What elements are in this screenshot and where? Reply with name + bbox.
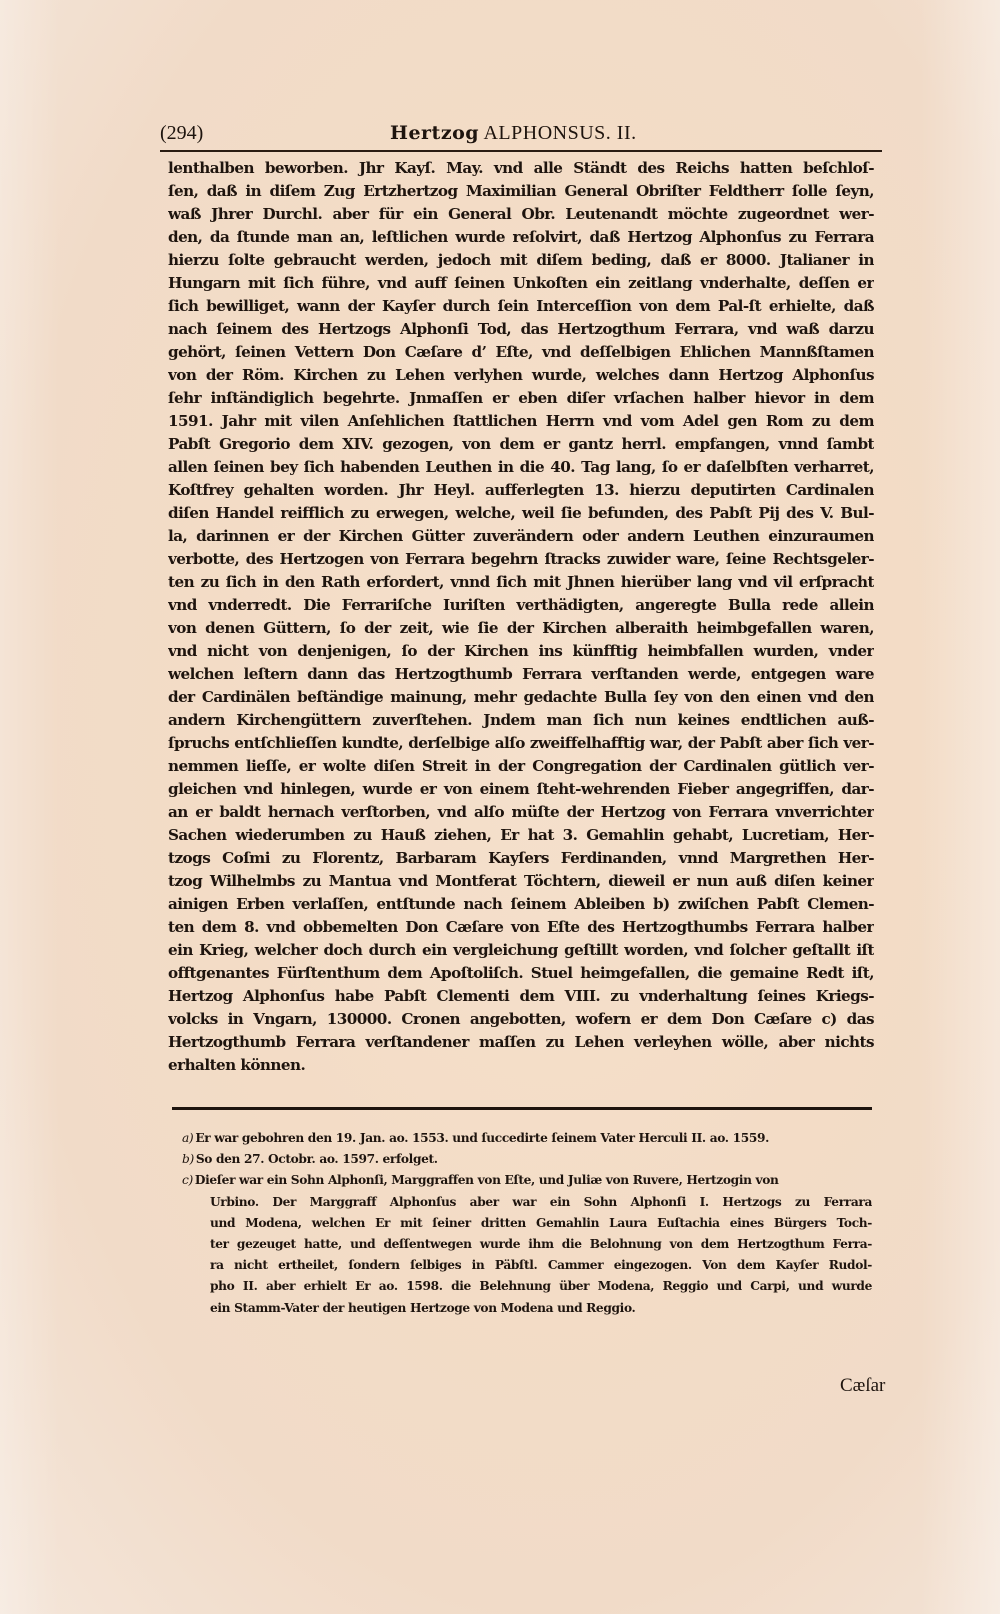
footnote-line: ter gezeuget hatte, und deſſentwegen wur… (182, 1234, 872, 1255)
text-line: von der Röm. Kirchen zu Lehen verlyhen w… (168, 364, 874, 387)
text-line: erhalten können. (168, 1054, 874, 1077)
text-line: Hertzogthumb Ferrara verſtandener maſſen… (168, 1031, 874, 1054)
footnote-text: ein Stamm-Vater der heutigen Hertzoge vo… (210, 1301, 635, 1315)
footnote-rule (172, 1107, 872, 1110)
text-line: nemmen lieſſe, er wolte diſen Streit in … (168, 755, 874, 778)
text-line: Sachen wiederumben zu Hauß ziehen, Er ha… (168, 824, 874, 847)
text-line: an er baldt hernach verſtorben, vnd alſo… (168, 801, 874, 824)
footnote-text: Er war gebohren den 19. Jan. ao. 1553. u… (195, 1131, 769, 1145)
footnote-marker: b) (182, 1152, 194, 1166)
footnotes-block: a)Er war gebohren den 19. Jan. ao. 1553.… (182, 1128, 872, 1319)
text-line: andern Kirchengüttern zuverſtehen. Jndem… (168, 709, 874, 732)
running-head-roman: ALPHONSUS. II. (483, 122, 636, 144)
text-line: diſen Handel reifflich zu erwegen, welch… (168, 502, 874, 525)
text-line: tzog Wilhelmbs zu Mantua vnd Montferat T… (168, 870, 874, 893)
text-line: verbotte, des Hertzogen von Ferrara bege… (168, 548, 874, 571)
page-header: (294) Hertzog ALPHONSUS. II. (160, 118, 880, 152)
text-line: gehört, ſeinen Vettern Don Cæſare d’ Eſt… (168, 341, 874, 364)
footnote-text: So den 27. Octobr. ao. 1597. erfolget. (196, 1152, 438, 1166)
text-line: den, da ſtunde man an, leſtlichen wurde … (168, 226, 874, 249)
text-line: allen ſeinen bey ſich habenden Leuthen i… (168, 456, 874, 479)
footnote-line: a)Er war gebohren den 19. Jan. ao. 1553.… (182, 1128, 872, 1149)
text-line: welchen leſtern dann das Hertzogthumb Fe… (168, 663, 874, 686)
text-line: nach ſeinem des Hertzogs Alphonſi Tod, d… (168, 318, 874, 341)
text-line: 1591. Jahr mit vilen Anſehlichen ſtattli… (168, 410, 874, 433)
text-line: Hungarn mit ſich führe, vnd auff ſeinen … (168, 272, 874, 295)
running-head-fraktur: Hertzog (390, 122, 479, 144)
footnote-line: ein Stamm-Vater der heutigen Hertzoge vo… (182, 1298, 872, 1319)
header-rule (160, 150, 882, 152)
footnote-text: ter gezeuget hatte, und deſſentwegen wur… (210, 1237, 872, 1251)
text-line: vnd vnderredt. Die Ferrariſche Iuriſten … (168, 594, 874, 617)
text-line: volcks in Vngarn, 130000. Cronen angebot… (168, 1008, 874, 1031)
text-line: hierzu ſolte gebraucht werden, jedoch mi… (168, 249, 874, 272)
footnote-line: und Modena, welchen Er mit ſeiner dritte… (182, 1213, 872, 1234)
footnote-text: Urbino. Der Marggraff Alphonſus aber war… (210, 1195, 872, 1209)
footnote-marker: c) (182, 1173, 193, 1187)
main-text-block: lenthalben beworben. Jhr Kayſ. May. vnd … (168, 157, 874, 1077)
text-line: ſen, daß in diſem Zug Ertzhertzog Maximi… (168, 180, 874, 203)
running-head: Hertzog ALPHONSUS. II. (390, 122, 637, 145)
text-line: ainigen Erben verlaſſen, entſtunde nach … (168, 893, 874, 916)
footnote-text: ra nicht ertheilet, ſondern ſelbiges in … (210, 1258, 872, 1272)
text-line: waß Jhrer Durchl. aber für ein General O… (168, 203, 874, 226)
footnote-line: Urbino. Der Marggraff Alphonſus aber war… (182, 1192, 872, 1213)
footnote-line: b)So den 27. Octobr. ao. 1597. erfolget. (182, 1149, 872, 1170)
text-line: ten dem 8. vnd obbemelten Don Cæſare von… (168, 916, 874, 939)
text-line: ſpruchs entſchlieſſen kundte, derſelbige… (168, 732, 874, 755)
text-line: der Cardinälen beſtändige mainung, mehr … (168, 686, 874, 709)
text-line: ſich bewilliget, wann der Kayſer durch ſ… (168, 295, 874, 318)
text-line: Pabſt Gregorio dem XIV. gezogen, von dem… (168, 433, 874, 456)
footnote-marker: a) (182, 1131, 193, 1145)
text-line: lenthalben beworben. Jhr Kayſ. May. vnd … (168, 157, 874, 180)
text-line: vnd nicht von denjenigen, ſo der Kirchen… (168, 640, 874, 663)
text-line: von denen Güttern, ſo der zeit, wie ſie … (168, 617, 874, 640)
page-number: (294) (160, 122, 203, 145)
text-line: offtgenantes Fürſtenthum dem Apoſtoliſch… (168, 962, 874, 985)
text-line: Koſtfrey gehalten worden. Jhr Heyl. auff… (168, 479, 874, 502)
footnote-text: pho II. aber erhielt Er ao. 1598. die Be… (210, 1279, 872, 1293)
text-line: gleichen vnd hinlegen, wurde er von eine… (168, 778, 874, 801)
text-line: ſehr inſtändiglich begehrte. Jnmaſſen er… (168, 387, 874, 410)
text-line: tzogs Coſmi zu Florentz, Barbaram Kayſer… (168, 847, 874, 870)
text-line: ein Krieg, welcher doch durch ein vergle… (168, 939, 874, 962)
text-line: ten zu ſich in den Rath erfordert, vnnd … (168, 571, 874, 594)
text-line: Hertzog Alphonſus habe Pabſt Clementi de… (168, 985, 874, 1008)
footnote-line: pho II. aber erhielt Er ao. 1598. die Be… (182, 1276, 872, 1297)
book-page: (294) Hertzog ALPHONSUS. II. lenthalben … (0, 0, 1000, 1614)
footnote-line: ra nicht ertheilet, ſondern ſelbiges in … (182, 1255, 872, 1276)
footnote-text: Dieſer war ein Sohn Alphonſi, Marggraffe… (195, 1173, 779, 1187)
footnote-line: c)Dieſer war ein Sohn Alphonſi, Marggraf… (182, 1170, 872, 1191)
text-line: la, darinnen er der Kirchen Gütter zuver… (168, 525, 874, 548)
catchword: Cæſar (840, 1375, 885, 1397)
footnote-text: und Modena, welchen Er mit ſeiner dritte… (210, 1216, 872, 1230)
